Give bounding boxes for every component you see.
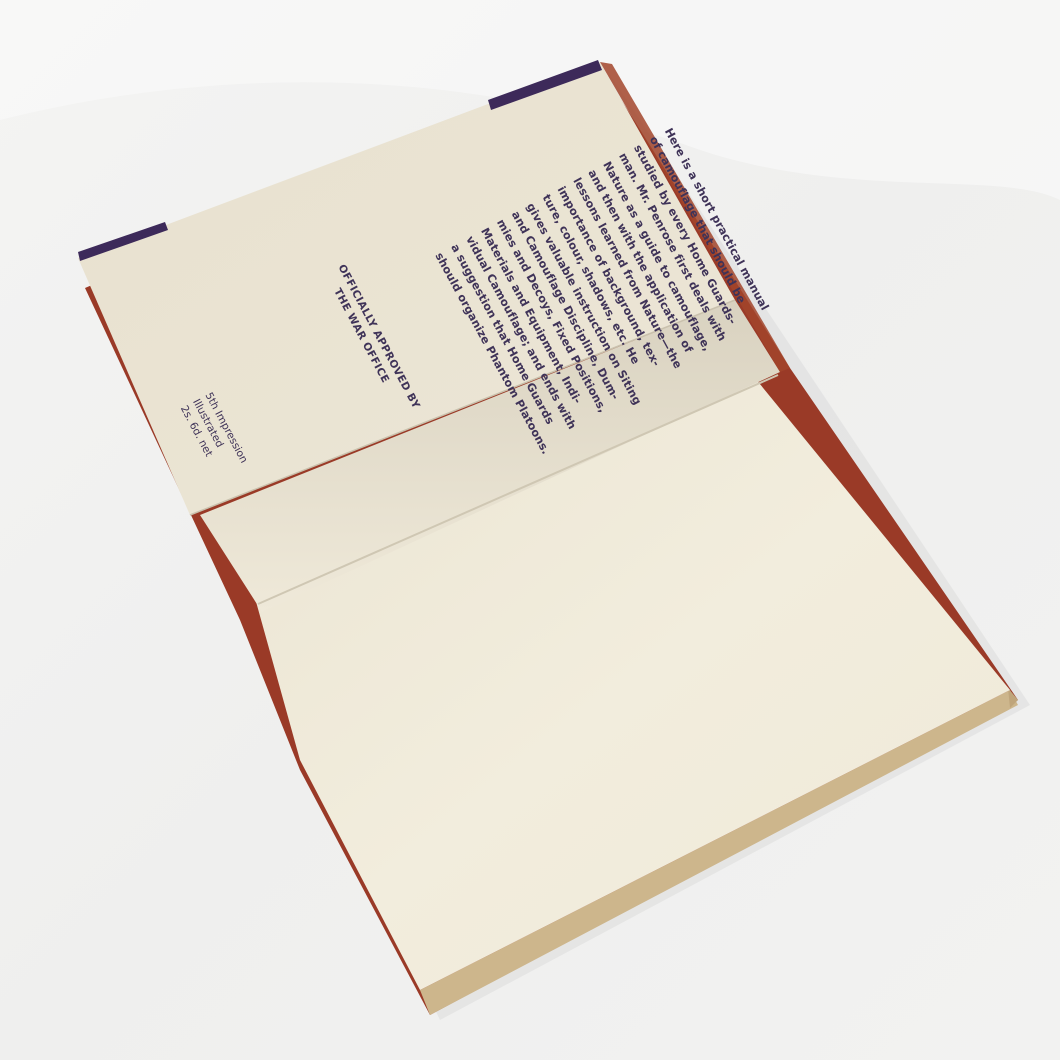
book-illustration (0, 0, 1060, 1060)
photo-scene: Here is a short practical manual of camo… (0, 0, 1060, 1060)
